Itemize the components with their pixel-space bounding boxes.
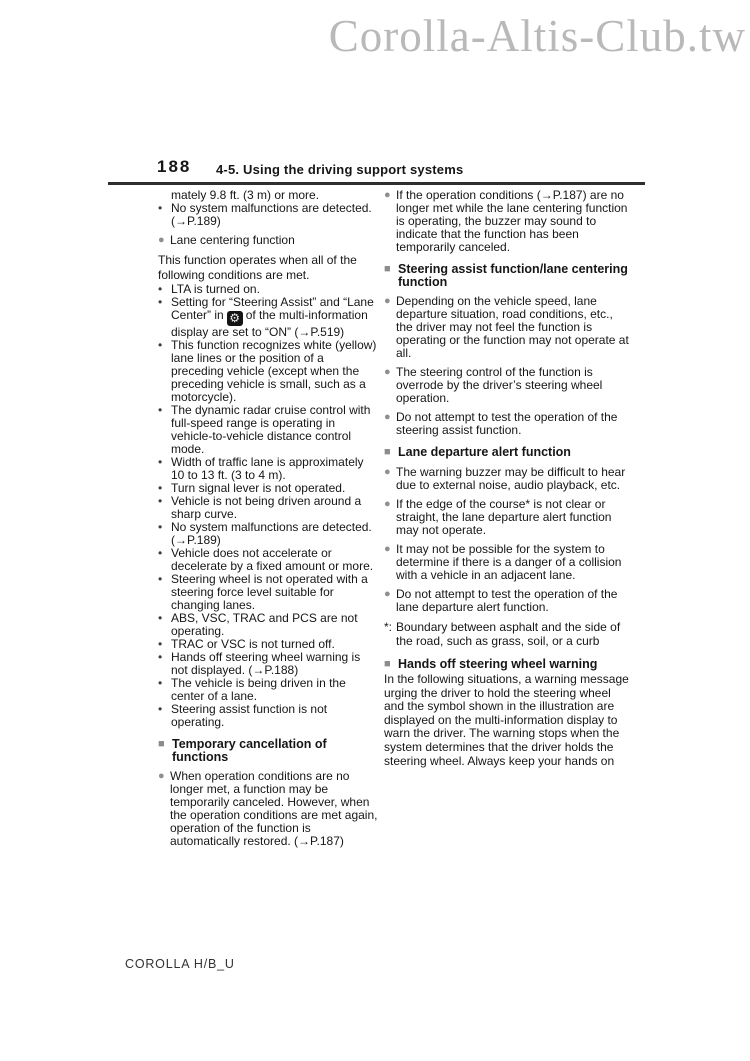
header-rule <box>108 182 645 185</box>
footer-code: COROLLA H/B_U <box>125 957 235 971</box>
small-bullet-icon: • <box>158 456 171 469</box>
left-column: mately 9.8 ft. (3 m) or more. • No syste… <box>158 189 379 848</box>
section-heading-text: Hands off steering wheel warning <box>398 658 597 671</box>
small-bullet-icon: • <box>158 651 171 664</box>
dot-bullet-icon: ● <box>384 498 396 511</box>
list-item-text: Hands off steering wheel warning is not … <box>171 651 379 677</box>
list-item-text: No system malfunctions are detected. (→P… <box>171 202 379 228</box>
section-heading: ■ Steering assist function/lane centerin… <box>384 263 629 289</box>
small-bullet-icon: • <box>158 573 171 586</box>
small-bullet-icon: • <box>158 296 171 309</box>
list-item: ● Depending on the vehicle speed, lane d… <box>384 295 629 360</box>
list-item: ● If the operation conditions (→P.187) a… <box>384 189 629 254</box>
list-item-text: Steering wheel is not operated with a st… <box>171 573 379 612</box>
list-item: • The dynamic radar cruise control with … <box>158 404 379 456</box>
list-item-text: Lane centering function <box>170 234 295 247</box>
list-item: • Steering wheel is not operated with a … <box>158 573 379 612</box>
right-column: ● If the operation conditions (→P.187) a… <box>384 189 629 768</box>
small-bullet-icon: • <box>158 202 171 215</box>
list-item-text: This function recognizes white (yellow) … <box>171 339 379 404</box>
list-item-text: The warning buzzer may be difficult to h… <box>396 466 629 492</box>
list-item: • Vehicle does not accelerate or deceler… <box>158 547 379 573</box>
list-item-text: Vehicle does not accelerate or decelerat… <box>171 547 379 573</box>
intro-paragraph: This function operates when all of the f… <box>158 253 379 283</box>
list-item: • Hands off steering wheel warning is no… <box>158 651 379 677</box>
small-bullet-icon: • <box>158 521 171 534</box>
list-item: ● The steering control of the function i… <box>384 366 629 405</box>
dot-bullet-icon: ● <box>384 411 396 424</box>
small-bullet-icon: • <box>158 404 171 417</box>
list-item: • No system malfunctions are detected. (… <box>158 521 379 547</box>
page-number: 188 <box>157 157 191 177</box>
list-item: • This function recognizes white (yellow… <box>158 339 379 404</box>
list-item: ● Do not attempt to test the operation o… <box>384 588 629 614</box>
section-heading: ■ Hands off steering wheel warning <box>384 658 629 672</box>
list-item-text: ABS, VSC, TRAC and PCS are not operating… <box>171 612 379 638</box>
hands-off-paragraph: In the following situations, a warning m… <box>384 673 629 768</box>
list-item-text: Do not attempt to test the operation of … <box>396 411 629 437</box>
dot-bullet-icon: ● <box>158 234 170 247</box>
footnote-text: Boundary between asphalt and the side of… <box>396 620 629 649</box>
gear-icon: ⚙ <box>227 311 243 326</box>
section-heading: ■ Temporary cancellation of functions <box>158 738 379 764</box>
small-bullet-icon: • <box>158 547 171 560</box>
square-bullet-icon: ■ <box>384 446 398 460</box>
dot-bullet-icon: ● <box>384 466 396 479</box>
small-bullet-icon: • <box>158 612 171 625</box>
list-item: • No system malfunctions are detected. (… <box>158 202 379 228</box>
list-item-text: Depending on the vehicle speed, lane dep… <box>396 295 629 360</box>
list-item: • Setting for “Steering Assist” and “Lan… <box>158 296 379 339</box>
square-bullet-icon: ■ <box>384 263 398 277</box>
list-item-text: Setting for “Steering Assist” and “Lane … <box>171 296 379 339</box>
square-bullet-icon: ■ <box>158 738 172 752</box>
watermark-text: Corolla-Altis-Club.tw <box>329 10 746 62</box>
list-item-text: The vehicle is being driven in the cente… <box>171 677 379 703</box>
list-item-text: Width of traffic lane is approximately 1… <box>171 456 379 482</box>
dot-bullet-icon: ● <box>158 770 170 783</box>
section-heading: ■ Lane departure alert function <box>384 446 629 460</box>
list-item: ● It may not be possible for the system … <box>384 543 629 582</box>
list-item: • Width of traffic lane is approximately… <box>158 456 379 482</box>
list-item-text: If the edge of the course* is not clear … <box>396 498 629 537</box>
footnote: *: Boundary between asphalt and the side… <box>384 620 629 649</box>
list-item: ● When operation conditions are no longe… <box>158 770 379 848</box>
list-item-text: When operation conditions are no longer … <box>170 770 379 848</box>
footnote-marker: *: <box>384 620 396 649</box>
small-bullet-icon: • <box>158 495 171 508</box>
list-item: ● Lane centering function <box>158 234 379 247</box>
list-item: • The vehicle is being driven in the cen… <box>158 677 379 703</box>
list-item-text: Vehicle is not being driven around a sha… <box>171 495 379 521</box>
list-item-text: Steering assist function is not operatin… <box>171 703 379 729</box>
manual-page: Corolla-Altis-Club.tw 188 4-5. Using the… <box>0 0 750 1061</box>
section-title: 4-5. Using the driving support systems <box>216 162 463 177</box>
dot-bullet-icon: ● <box>384 295 396 308</box>
list-item: ● If the edge of the course* is not clea… <box>384 498 629 537</box>
dot-bullet-icon: ● <box>384 543 396 556</box>
list-item-text: The steering control of the function is … <box>396 366 629 405</box>
list-item: • Steering assist function is not operat… <box>158 703 379 729</box>
section-heading-text: Lane departure alert function <box>398 446 571 459</box>
dot-bullet-icon: ● <box>384 189 396 202</box>
list-item-text: The dynamic radar cruise control with fu… <box>171 404 379 456</box>
small-bullet-icon: • <box>158 677 171 690</box>
list-item: ● Do not attempt to test the operation o… <box>384 411 629 437</box>
small-bullet-icon: • <box>158 339 171 352</box>
list-item-text: Do not attempt to test the operation of … <box>396 588 629 614</box>
list-item-text: If the operation conditions (→P.187) are… <box>396 189 629 254</box>
square-bullet-icon: ■ <box>384 658 398 672</box>
gear-glyph: ⚙ <box>229 311 240 326</box>
list-item: • Vehicle is not being driven around a s… <box>158 495 379 521</box>
small-bullet-icon: • <box>158 703 171 716</box>
dot-bullet-icon: ● <box>384 588 396 601</box>
list-item-text: It may not be possible for the system to… <box>396 543 629 582</box>
section-heading-text: Steering assist function/lane centering … <box>398 263 629 289</box>
list-item-text: No system malfunctions are detected. (→P… <box>171 521 379 547</box>
section-heading-text: Temporary cancellation of functions <box>172 738 379 764</box>
list-item: ● The warning buzzer may be difficult to… <box>384 466 629 492</box>
dot-bullet-icon: ● <box>384 366 396 379</box>
list-item: • ABS, VSC, TRAC and PCS are not operati… <box>158 612 379 638</box>
